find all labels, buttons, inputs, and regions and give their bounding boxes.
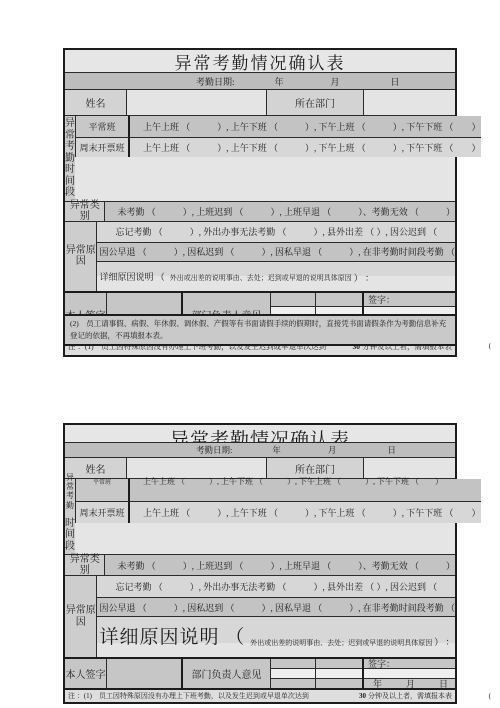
dept-signature-block: 签字： 年 月 日 xyxy=(362,659,455,688)
form-title: 异常考勤情况确认表 xyxy=(175,49,346,74)
signature-section: 本人签字 部门负责人意见 签字： 年 月 日 xyxy=(65,657,455,688)
normal-shift-label: 平常班 xyxy=(88,120,115,133)
sign-date-label: 年 月 日 xyxy=(364,679,455,688)
year-label: 年 xyxy=(272,444,281,456)
abnormal-period-section: 异常考勤 时间段 平常班 上午上班 （ ）, 上午下班 （ ）, 下午上班 （ … xyxy=(65,115,455,201)
attendance-date-row: 考勤日期: 年 月 日 xyxy=(65,442,455,457)
period-label: 异常考勤 时间段 xyxy=(65,479,75,554)
abnormal-period-section: 异常考勤 时间段 平常班 上午上班 （ ）, 上午下班 （ ）, 下午上班 （ … xyxy=(65,478,455,554)
normal-shift-times: 上午上班 （ ）, 上午下班 （ ）, 下午上班 （ ）, 下午下班 （ ） xyxy=(143,120,481,133)
reason-options-line2: 因公早退 （ ）, 因私迟到 （ ）, 因私早退 （ ）, 在非考勤时间段考勤 … xyxy=(99,245,455,258)
detail-reason-row: 详细原因说明 （ 外出或出差的说明事由、去处；迟到或早退的说明具体原因 ） ： xyxy=(97,261,455,291)
self-signature-label: 本人签字 xyxy=(65,659,106,688)
weekend-shift-row: 周末开票班 上午上班 （ ）, 上午下班 （ ）, 下午上班 （ ）, 下午下班… xyxy=(75,137,481,157)
category-options: 未考勤 （ ）, 上班迟到 （ ）, 上班早退 （ ）、考勤无效 （ ） xyxy=(117,559,455,572)
opinion-grid-col-2 xyxy=(315,659,362,688)
department-blank-cell xyxy=(363,90,455,115)
sign-here-label: 签字： xyxy=(364,293,455,306)
reason-label: 异常原因 xyxy=(65,222,96,291)
dept-head-opinion-label: 部门负责人意见 xyxy=(181,659,270,688)
date-label: 考勤日期: xyxy=(196,444,232,456)
reason-options-line1: 忘记考勤 （ ）, 外出办事无法考勤 （ ）, 县外出差 （ ）, 因公迟到 （ xyxy=(115,225,437,238)
abnormal-reason-section: 异常原因 忘记考勤 （ ）, 外出办事无法考勤 （ ）, 县外出差 （ ）, 因… xyxy=(65,575,455,657)
sign-here-label: 签字： xyxy=(364,659,455,668)
attendance-form-page-2: 异常考勤情况确认表 考勤日期: 年 月 日 姓名 所在部门 异常考勤 时间段 平… xyxy=(63,423,457,704)
detail-reason-label: 详细原因说明 （ xyxy=(99,627,245,649)
month-label: 月 xyxy=(328,444,337,456)
abnormal-reason-section: 异常原因 忘记考勤 （ ）, 外出办事无法考勤 （ ）, 县外出差 （ ）, 因… xyxy=(65,221,455,291)
weekend-shift-label: 周末开票班 xyxy=(79,141,124,154)
category-options: 未考勤 （ ）, 上班迟到 （ ）, 上班早退 （ ）、考勤无效 （ ） xyxy=(117,205,455,218)
note-1-overflow-paren: ( xyxy=(489,342,491,350)
detail-reason-hint: 外出或出差的说明事由、去处；迟到或早退的说明具体原因 xyxy=(170,273,352,283)
opinion-grid-col-1 xyxy=(270,659,315,688)
day-label: 日 xyxy=(391,75,400,88)
abnormal-category-section: 异常类别 未考勤 （ ）, 上班迟到 （ ）, 上班早退 （ ）、考勤无效 （ … xyxy=(65,554,455,575)
normal-shift-times: 上午上班 （ ）, 上午下班 （ ）, 下午上班 （ ）, 下午下班 （ ） xyxy=(143,476,443,487)
detail-reason-suffix: ） ： xyxy=(434,635,454,648)
weekend-shift-label: 周末开票班 xyxy=(79,506,124,519)
note-2-row: (2) 员工请事假、病假、年休假、调休假、产假等有书面请假手续的假期时，直接凭书… xyxy=(63,314,457,346)
year-label: 年 xyxy=(275,75,284,88)
department-label: 所在部门 xyxy=(266,90,363,115)
self-signature-blank-cell xyxy=(106,659,181,688)
reason-options-line2: 因公早退 （ ）, 因私迟到 （ ）, 因私早退 （ ）, 在非考勤时间段考勤 … xyxy=(99,601,455,614)
name-label: 姓名 xyxy=(65,90,126,115)
note-1-tail: 分钟及以上者，需填报本表 xyxy=(368,691,452,701)
category-label: 异常类别 xyxy=(65,555,104,575)
note-1-text: 注 ：(1) 员工因特殊原因没有办理上下班考勤，以及发生迟到或早退单次达到 xyxy=(68,691,309,701)
day-label: 日 xyxy=(387,444,396,456)
detail-reason-hint: 外出或出差的说明事由、去处；迟到或早退的说明具体原因 xyxy=(250,638,432,648)
note-1-minutes: 30 xyxy=(359,692,366,700)
name-row: 姓名 所在部门 xyxy=(65,89,455,115)
normal-shift-row: 平常班 上午上班 （ ）, 上午下班 （ ）, 下午上班 （ ）, 下午下班 （… xyxy=(75,479,481,501)
note-1-overflow-paren: ( xyxy=(489,692,491,700)
attendance-form-page-1: 异常考勤情况确认表 考勤日期: 年 月 日 姓名 所在部门 异常考勤 时间段 平… xyxy=(63,48,457,357)
name-blank-cell xyxy=(126,90,266,115)
normal-shift-label: 平常班 xyxy=(93,477,111,486)
weekend-shift-times: 上午上班 （ ）, 上午下班 （ ）, 下午上班 （ ）, 下午下班 （ ） xyxy=(143,506,481,519)
period-label: 异常考勤 时间段 xyxy=(65,116,75,201)
note-1-row: 注 ：(1) 员工因特殊原因没有办理上下班考勤，以及发生迟到或早退单次达到 30… xyxy=(65,688,455,702)
document-page: { "page": { "background": "#ffffff" }, "… xyxy=(0,0,500,708)
reason-label: 异常原因 xyxy=(65,576,96,657)
detail-reason-label: 详细原因说明 （ xyxy=(99,270,164,283)
form-title-row: 异常考勤情况确认表 xyxy=(65,425,455,442)
abnormal-category-section: 异常类别 未考勤 （ ）, 上班迟到 （ ）, 上班早退 （ ）、考勤无效 （ … xyxy=(65,201,455,221)
category-label: 异常类别 xyxy=(65,202,104,221)
date-label: 考勤日期: xyxy=(196,75,235,88)
detail-reason-suffix: ） ： xyxy=(354,271,374,284)
attendance-date-row: 考勤日期: 年 月 日 xyxy=(65,72,455,89)
detail-reason-row: 详细原因说明 （ 外出或出差的说明事由、去处；迟到或早退的说明具体原因 ） ： xyxy=(97,616,455,657)
reason-options-line1: 忘记考勤 （ ）, 外出办事无法考勤 （ ）, 县外出差 （ ）, 因公迟到 （ xyxy=(115,580,437,593)
weekend-shift-row: 周末开票班 上午上班 （ ）, 上午下班 （ ）, 下午上班 （ ）, 下午下班… xyxy=(75,501,481,523)
normal-shift-row: 平常班 上午上班 （ ）, 上午下班 （ ）, 下午上班 （ ）, 下午下班 （… xyxy=(75,116,481,137)
month-label: 月 xyxy=(331,75,340,88)
form-title-row: 异常考勤情况确认表 xyxy=(65,50,455,72)
weekend-shift-times: 上午上班 （ ）, 上午下班 （ ）, 下午上班 （ ）, 下午下班 （ ） xyxy=(143,141,481,154)
